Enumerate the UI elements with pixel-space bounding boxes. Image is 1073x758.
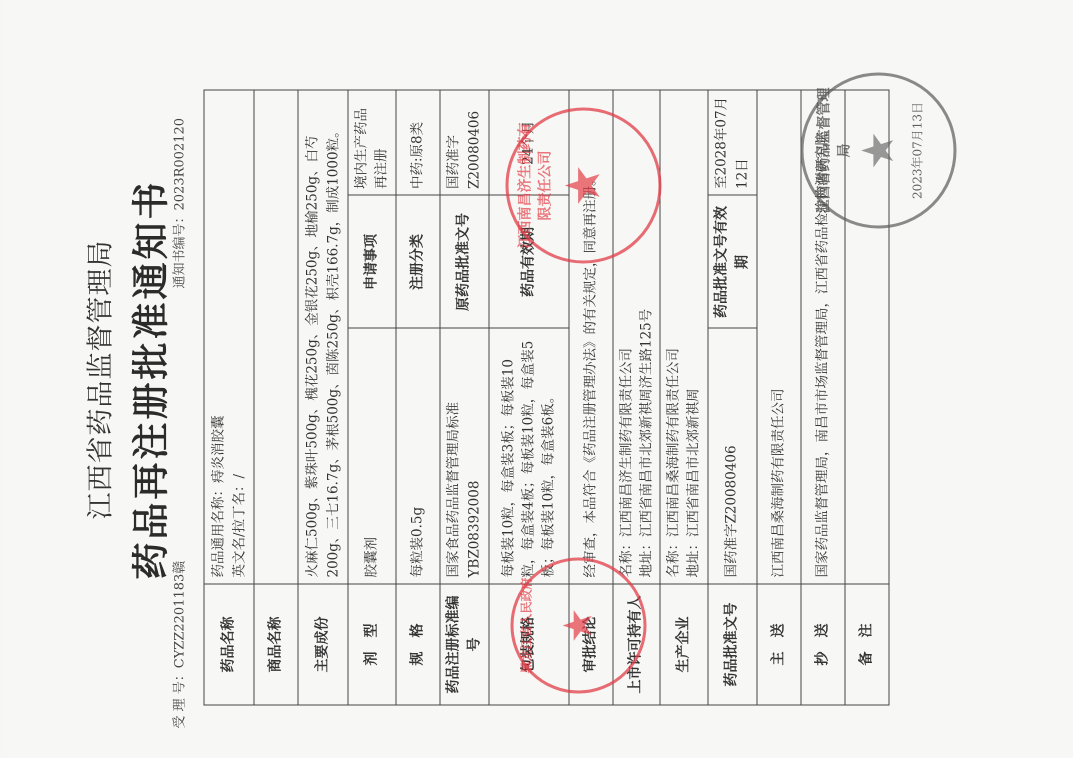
row-main-recipient: 主 送 江西南昌桑海制药有限责任公司 (756, 90, 800, 705)
notice-number: 通知书编号：2023R002120 (168, 117, 187, 288)
label-approval-validity: 药品批准文号有效期 (707, 195, 756, 328)
row-approval-no: 药品批准文号 国药准字Z20080406 药品批准文号有效期 至2028年07月… (707, 90, 756, 705)
company-seal: 江西南昌济生制药有限责任公司 ★ (505, 107, 661, 263)
generic-name-value: 痔炎消胶囊 (210, 415, 226, 483)
value-application-item: 境内生产药品再注册 (348, 90, 396, 196)
label-ingredients: 主要成份 (298, 584, 348, 705)
value-trade-name (254, 90, 298, 584)
value-spec: 每粒装0.5g (395, 328, 439, 584)
manufacturer-address: 江西省南昌市北郊新祺周 (685, 388, 701, 537)
label-spec: 规 格 (395, 584, 439, 705)
document-title: 药品再注册批准通知书 (120, 0, 174, 758)
star-icon: ★ (555, 607, 601, 643)
label-cc: 抄 送 (800, 584, 844, 705)
row-trade-name: 商品名称 (254, 90, 298, 705)
row-drug-name: 药品名称 药品通用名称：痔炎消胶囊 英文名/拉丁名：/ (204, 90, 254, 705)
value-packaging: 每板装10粒，每盒装3板；每板装10粒，每盒装4板；每板装10粒，每盒装5板；每… (488, 328, 568, 584)
mah-seal: 黑龙江省人民政府 ★ (510, 557, 646, 693)
label-remarks: 备 注 (844, 584, 888, 705)
star-icon: ★ (555, 163, 611, 206)
row-manufacturer: 生产企业 名称：江西南昌桑海制药有限责任公司 地址：江西省南昌市北郊新祺周 (660, 90, 708, 705)
label-drug-name: 药品名称 (204, 584, 254, 705)
value-standard: 国家食品药品监督管理局标准YBZ08392008 (439, 328, 488, 584)
value-dosage-form: 胶囊剂 (348, 328, 396, 584)
value-manufacturer: 名称：江西南昌桑海制药有限责任公司 地址：江西省南昌市北郊新祺周 (660, 90, 708, 584)
mah-address: 江西省南昌市北郊新祺周济生路125号 (638, 308, 654, 536)
manufacturer-name: 江西南昌桑海制药有限责任公司 (665, 348, 681, 537)
notice-label: 通知书编号： (172, 210, 187, 288)
value-drug-name: 药品通用名称：痔炎消胶囊 英文名/拉丁名：/ (204, 90, 254, 584)
acceptance-number: 受 理 号：CYZZ2201183赣 (168, 560, 187, 728)
label-application-item: 申请事项 (348, 195, 396, 328)
label-dosage-form: 剂 型 (348, 584, 396, 705)
agency-seal: 江西省药品监督管理局 ★ 2023年07月13日 (800, 72, 956, 228)
notice-document: 江西省药品监督管理局 药品再注册批准通知书 受 理 号：CYZZ2201183赣… (0, 0, 1073, 758)
english-name-label: 英文名/拉丁名： (231, 478, 247, 577)
row-ingredients: 主要成份 火麻仁500g、紫珠叶500g、槐花250g、金银花250g、地榆25… (298, 90, 348, 705)
manufacturer-address-label: 地址： (685, 537, 701, 578)
generic-name-label: 药品通用名称： (210, 483, 226, 578)
value-approval-validity: 至2028年07月12日 (707, 90, 756, 196)
notice-value: 2023R002120 (172, 117, 187, 210)
row-spec: 规 格 每粒装0.5g 注册分类 中药:原8类 (395, 90, 439, 705)
value-main-recipient: 江西南昌桑海制药有限责任公司 (756, 90, 800, 584)
label-manufacturer: 生产企业 (660, 584, 708, 705)
value-original-approval: 国药准字Z20080406 (439, 90, 488, 196)
value-ingredients: 火麻仁500g、紫珠叶500g、槐花250g、金银花250g、地榆250g、白芍… (298, 90, 348, 584)
value-registration-class: 中药:原8类 (395, 90, 439, 196)
label-approval-no: 药品批准文号 (707, 584, 756, 705)
mah-address-label: 地址： (638, 537, 654, 578)
english-name-value: / (231, 473, 247, 478)
agency-seal-date: 2023年07月13日 (908, 75, 925, 225)
label-original-approval: 原药品批准文号 (439, 195, 488, 328)
acceptance-label: 受 理 号： (172, 668, 187, 728)
star-icon: ★ (853, 130, 904, 169)
label-main-recipient: 主 送 (756, 584, 800, 705)
agency-name: 江西省药品监督管理局 (78, 0, 117, 758)
manufacturer-name-label: 名称： (665, 537, 681, 578)
row-standard: 药品注册标准编号 国家食品药品监督管理局标准YBZ08392008 原药品批准文… (439, 90, 488, 705)
value-approval-no: 国药准字Z20080406 (707, 328, 756, 584)
label-standard: 药品注册标准编号 (439, 584, 488, 705)
mah-name: 江西南昌济生制药有限责任公司 (618, 348, 634, 537)
row-dosage-form: 剂 型 胶囊剂 申请事项 境内生产药品再注册 (348, 90, 396, 705)
acceptance-value: CYZZ2201183赣 (172, 560, 187, 668)
label-registration-class: 注册分类 (395, 195, 439, 328)
label-trade-name: 商品名称 (254, 584, 298, 705)
